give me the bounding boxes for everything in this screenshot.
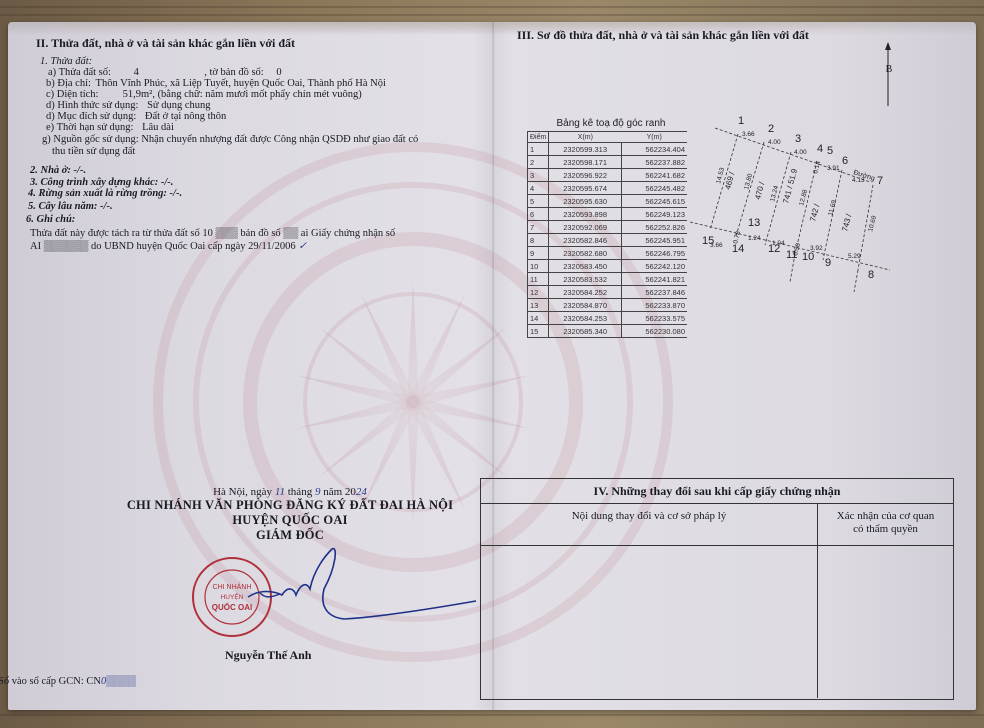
coord-cell-y: 562230.080 [621, 325, 687, 338]
issue-month: 9 [315, 486, 321, 498]
house-row: 2. Nhà ở: -/-. [30, 165, 86, 176]
changes-content-cell [481, 546, 818, 698]
coord-cell-y: 562241.682 [621, 169, 687, 182]
edge-length-label: 1.24 [748, 235, 761, 242]
coord-cell-point: 12 [528, 286, 549, 299]
coordinate-table-row: 22320598.171562237.882 [528, 156, 688, 169]
coordinate-table-row: 12320599.313562234.404 [528, 143, 688, 156]
wood-grain [0, 14, 984, 16]
coordinate-table-row: 102320583.450562242.120 [528, 260, 688, 273]
coord-cell-x: 2320584.870 [549, 299, 622, 312]
parcel-number-label: 470 / [753, 180, 766, 200]
coord-cell-y: 562245.951 [621, 234, 687, 247]
edge-length-label: 13.24 [769, 185, 780, 203]
purpose-label: d) Mục đích sử dụng: [46, 111, 136, 122]
coord-cell-y: 562237.882 [621, 156, 687, 169]
north-arrow-icon: B [878, 42, 898, 108]
coordinate-table-row: 142320584.253562233.575 [528, 312, 688, 325]
boundary-point-label: 10 [802, 251, 814, 263]
coordinate-table-row: 122320584.252562237.846 [528, 286, 688, 299]
coord-cell-point: 5 [528, 195, 549, 208]
edge-length-label: 3.91 [827, 165, 840, 172]
boundary-point-label: 5 [827, 145, 833, 157]
date-prefix: Hà Nội, ngày [213, 486, 272, 498]
coord-cell-x: 2320584.252 [549, 286, 622, 299]
wood-grain [0, 714, 984, 716]
land-plot-heading: 1. Thửa đất: [40, 56, 92, 67]
gcn-registry-number: Số vào sổ cấp GCN: CN0▒▒▒▒ [0, 676, 136, 687]
edge-length-label: 3.92 [810, 245, 823, 252]
coord-cell-point: 4 [528, 182, 549, 195]
edge-length-label: 4.00 [794, 149, 807, 156]
month-label: tháng [288, 486, 312, 498]
boundary-point-label: 7 [877, 175, 883, 187]
changes-table: IV. Những thay đổi sau khi cấp giấy chứn… [480, 478, 954, 700]
map-sheet-value: 0 [266, 67, 281, 78]
confirmation-header-line-1: Xác nhận của cơ quan [818, 510, 953, 523]
notes-heading: 6. Ghi chú: [26, 214, 75, 225]
section-ii-title: II. Thửa đất, nhà ở và tài sản khác gắn … [36, 36, 295, 51]
gcn-label: Số vào sổ cấp GCN: CN [0, 676, 101, 687]
boundary-point-label: 3 [795, 133, 801, 145]
coord-cell-point: 2 [528, 156, 549, 169]
notes-line-1: Thửa đất này được tách ra từ thửa đất số… [30, 228, 395, 240]
org-line-1: CHI NHÁNH VĂN PHÒNG ĐĂNG KÝ ĐẤT ĐAI HÀ N… [100, 498, 480, 513]
coordinate-table-row: 152320585.340562230.080 [528, 325, 688, 338]
coord-cell-x: 2320592.069 [549, 221, 622, 234]
edge-length-label: 0.30 [792, 242, 802, 256]
changes-col-content-header: Nội dung thay đổi và cơ sở pháp lý [481, 504, 818, 545]
issue-day: 11 [275, 486, 285, 498]
parcel-number-label: 743 / [840, 212, 853, 232]
term-value: Lâu dài [136, 122, 174, 133]
coord-cell-x: 2320595.630 [549, 195, 622, 208]
coord-cell-x: 2320585.340 [549, 325, 622, 338]
coord-cell-y: 562237.846 [621, 286, 687, 299]
boundary-point-label: 2 [768, 123, 774, 135]
coord-cell-y: 562252.826 [621, 221, 687, 234]
purpose-value: Đất ở tại nông thôn [139, 111, 226, 122]
edge-length-label: 11.69 [827, 199, 838, 216]
coord-cell-x: 2320584.253 [549, 312, 622, 325]
parcel-number-label: 742 / [808, 202, 821, 222]
coord-cell-point: 14 [528, 312, 549, 325]
org-line-3: GIÁM ĐỐC [100, 528, 480, 543]
usage-form-label: d) Hình thức sử dụng: [46, 100, 138, 111]
term-label: e) Thời hạn sử dụng: [46, 122, 133, 133]
coord-cell-point: 13 [528, 299, 549, 312]
parcel-diagram: 123456789101112131415469 /470 /741 / 51.… [690, 112, 890, 292]
notes-line-2-text: AI ▒▒▒▒▒▒ do UBND huyện Quốc Oai cấp ngà… [30, 241, 296, 252]
origin-value: Nhận chuyển nhượng đất được Công nhận QS… [141, 134, 418, 145]
boundary-point-label: 13 [748, 217, 760, 229]
coordinate-table-row: 132320584.870562233.870 [528, 299, 688, 312]
coordinate-table-row: 52320595.630562245.615 [528, 195, 688, 208]
signer-name: Nguyễn Thế Anh [225, 648, 311, 663]
initial-mark: ✓ [298, 241, 307, 252]
year-label: năm 20 [323, 486, 356, 498]
coord-cell-x: 2320593.898 [549, 208, 622, 221]
origin-label: g) Nguồn gốc sử dụng: [42, 134, 139, 145]
boundary-point-label: 4 [817, 143, 823, 155]
coord-cell-x: 2320582.680 [549, 247, 622, 260]
coordinate-table-box: Bảng kê toạ độ góc ranh Điểm X(m) Y(m) 1… [527, 118, 695, 338]
coord-cell-y: 562245.482 [621, 182, 687, 195]
coord-cell-x: 2320583.450 [549, 260, 622, 273]
address-label: b) Địa chỉ: [46, 78, 91, 89]
section-iii-title: III. Sơ đồ thửa đất, nhà ở và tài sản kh… [517, 28, 809, 43]
coord-cell-point: 3 [528, 169, 549, 182]
changes-title: IV. Những thay đổi sau khi cấp giấy chứn… [481, 479, 953, 504]
issue-year: 24 [356, 486, 367, 498]
header-y: Y(m) [621, 132, 687, 143]
area-value: 51,9m², (bằng chữ: năm mươi mốt phẩy chí… [123, 89, 362, 100]
coordinate-table-row: 42320595.674562245.482 [528, 182, 688, 195]
coord-cell-y: 562245.615 [621, 195, 687, 208]
origin-row: g) Nguồn gốc sử dụng: Nhận chuyển nhượng… [42, 134, 418, 146]
edge-length-label: 3.66 [742, 131, 755, 138]
coordinate-table-row: 32320596.922562241.682 [528, 169, 688, 182]
coord-cell-x: 2320599.313 [549, 143, 622, 156]
coord-cell-x: 2320598.171 [549, 156, 622, 169]
confirmation-header-line-2: có thẩm quyền [818, 523, 953, 536]
issuer-block: Hà Nội, ngày 11 tháng 9 năm 2024 CHI NHÁ… [100, 486, 480, 543]
coord-cell-point: 9 [528, 247, 549, 260]
coord-cell-x: 2320596.922 [549, 169, 622, 182]
boundary-point-label: 9 [825, 257, 831, 269]
boundary-point-label: 6 [842, 155, 848, 167]
north-label: B [886, 64, 893, 75]
map-sheet-label: , tờ bản đồ số: [204, 67, 264, 78]
coordinate-table-row: 62320593.898562249.123 [528, 208, 688, 221]
gcn-value: 0▒▒▒▒ [101, 676, 136, 687]
changes-confirmation-cell [818, 546, 953, 698]
coord-cell-y: 562249.123 [621, 208, 687, 221]
org-line-2: HUYỆN QUỐC OAI [100, 513, 480, 528]
handwritten-signature [240, 545, 480, 625]
plot-number-label: a) Thửa đất số: [48, 67, 111, 78]
coordinate-table-row: 92320582.680562246.795 [528, 247, 688, 260]
coord-cell-point: 8 [528, 234, 549, 247]
coord-cell-y: 562233.575 [621, 312, 687, 325]
coordinate-table-row: 82320582.846562245.951 [528, 234, 688, 247]
coord-cell-y: 562242.120 [621, 260, 687, 273]
coord-cell-point: 11 [528, 273, 549, 286]
edge-length-label: 12.88 [798, 189, 809, 207]
coordinate-table-header: Điểm X(m) Y(m) [528, 132, 688, 143]
edge-length-label: 4.00 [768, 139, 781, 146]
term-row: e) Thời hạn sử dụng: Lâu dài [46, 122, 174, 134]
other-construction-row: 3. Công trình xây dựng khác: -/-. [30, 177, 173, 188]
changes-body-row [481, 546, 953, 698]
coord-cell-y: 562233.870 [621, 299, 687, 312]
coord-cell-y: 562246.795 [621, 247, 687, 260]
coordinate-table-caption: Bảng kê toạ độ góc ranh [527, 118, 695, 129]
parcel-number-label: 469 / [723, 170, 736, 190]
coord-cell-x: 2320582.846 [549, 234, 622, 247]
coord-cell-point: 10 [528, 260, 549, 273]
header-x: X(m) [549, 132, 622, 143]
perennial-trees-row: 5. Cây lâu năm: -/-. [28, 201, 113, 212]
coordinate-table: Điểm X(m) Y(m) 12320599.313562234.404223… [527, 131, 687, 338]
changes-col-confirmation-header: Xác nhận của cơ quan có thẩm quyền [818, 504, 953, 545]
edge-length-label: 1.04 [772, 240, 785, 247]
edge-length-label: 3.66 [710, 242, 723, 249]
coord-cell-point: 6 [528, 208, 549, 221]
header-point: Điểm [528, 132, 549, 143]
edge-length-label: 10.69 [867, 215, 878, 233]
coord-cell-x: 2320583.532 [549, 273, 622, 286]
coord-cell-point: 7 [528, 221, 549, 234]
parcel-number-label: 741 / 51.9 [781, 167, 799, 204]
coord-cell-point: 15 [528, 325, 549, 338]
wood-grain [0, 6, 984, 8]
coord-cell-y: 562234.404 [621, 143, 687, 156]
issue-date: Hà Nội, ngày 11 tháng 9 năm 2024 [100, 486, 480, 498]
address-value: Thôn Vĩnh Phúc, xã Liệp Tuyết, huyện Quố… [94, 78, 386, 89]
edge-length-label: 5.29 [848, 253, 861, 260]
notes-line-2: AI ▒▒▒▒▒▒ do UBND huyện Quốc Oai cấp ngà… [30, 241, 307, 253]
boundary-point-label: 1 [738, 115, 744, 127]
coordinate-table-row: 112320583.532562241.821 [528, 273, 688, 286]
coordinate-table-row: 72320592.069562252.826 [528, 221, 688, 234]
origin-row-cont: thu tiền sử dụng đất [52, 146, 135, 158]
coord-cell-x: 2320595.674 [549, 182, 622, 195]
usage-form-value: Sử dụng chung [141, 100, 210, 111]
edge-length-label: 0.14 [812, 160, 822, 174]
boundary-point-label: 8 [868, 269, 874, 281]
changes-header-row: Nội dung thay đổi và cơ sở pháp lý Xác n… [481, 504, 953, 546]
coord-cell-point: 1 [528, 143, 549, 156]
production-forest-row: 4. Rừng sản xuất là rừng trồng: -/-. [28, 188, 182, 199]
coord-cell-y: 562241.821 [621, 273, 687, 286]
